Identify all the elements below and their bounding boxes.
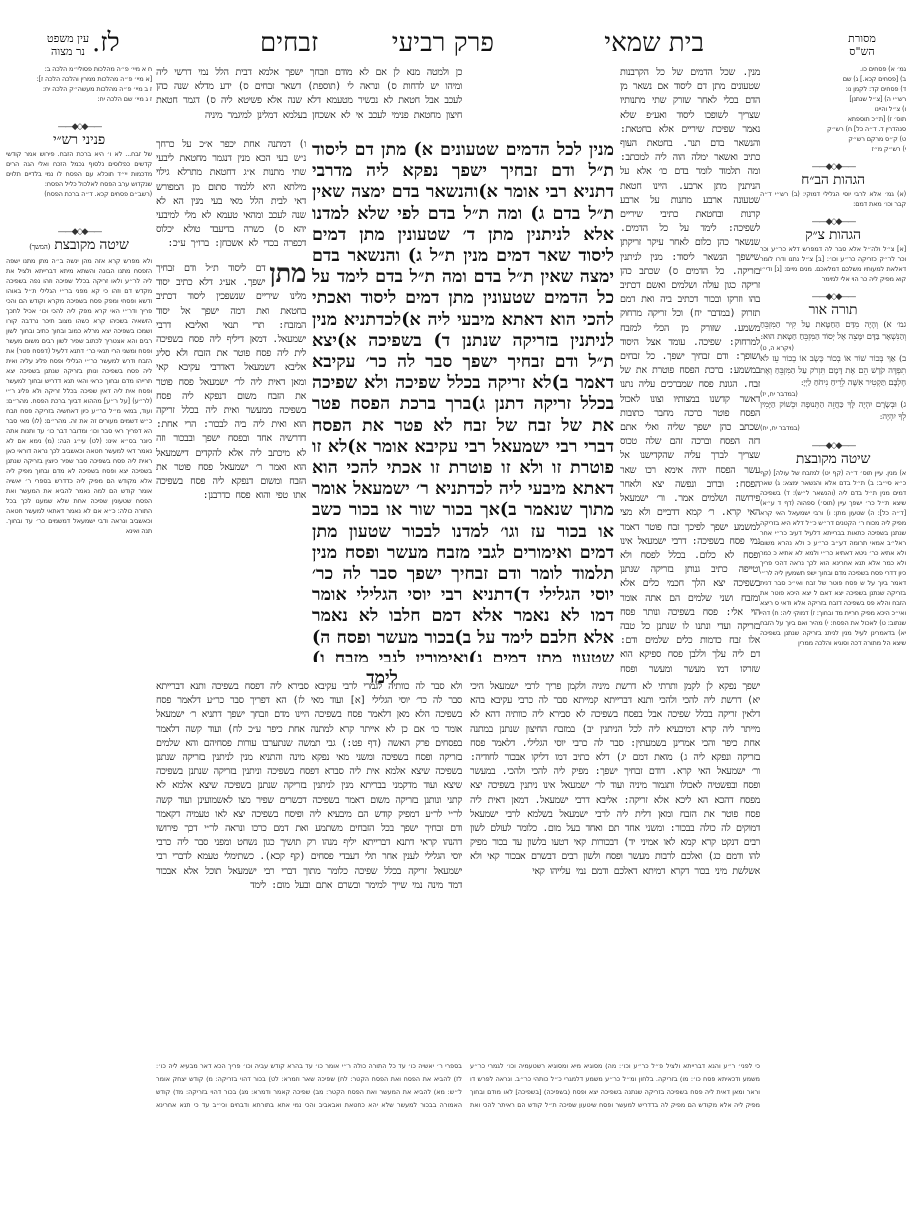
dibur-hamatchil: מתן <box>269 262 306 286</box>
talmud-page: מסורת הש"ס בית שמאי פרק רביעי זבחים לז. … <box>0 0 914 1213</box>
pnini-rashi-title: פניני רש״י <box>6 135 152 145</box>
shita-mekubetzet-text: א) מנין. עיין תוס׳ ד״ה (קף יט) למזבח של … <box>760 468 906 648</box>
torah-or-verse-3: ג) וּבְשָׂרָם יִהְיֶה לָּךְ כַּחֲזֵה הַת… <box>760 399 906 423</box>
masoret-entry: ט) ק״ס מרקם רש״ק <box>760 134 906 144</box>
masoret-entry: ו) צ״ל והיינו <box>760 104 906 114</box>
tosafot-col-a: ו) דמתנה אחת יכפר א״כ על כרחך נ״ש בעי הכ… <box>156 138 306 260</box>
tractate-name: זבחים <box>260 28 318 58</box>
pnini-rashi-ref: (רשב״ם פסחים קכא. ד״ה ברכת הפסח) <box>6 189 152 199</box>
ornament-divider-icon: ——◆◇◆—— <box>6 122 152 132</box>
tosafot-bottom: ולא סבר לה כוותיה לגמרי לרבי עקיבא סבירא… <box>156 680 462 1056</box>
hagahot-bach-text: (א) גמ׳ אלא לרבי יוסי הגלילי דמוקי: (ב) … <box>760 189 906 209</box>
footnotes-left: בספרי ר׳ יאשיה כו׳ עד כל התורה כולה ר״י … <box>156 1060 462 1108</box>
tosafot-opening: כן ולמטה מנא לן אם לא מודם וזבחך ישפך אל… <box>156 66 462 138</box>
ein-mishpat-label: עין משפט נר מצוה <box>28 32 108 58</box>
masoret-entry: רש״י ה) [צ״ל שנתנן] <box>760 94 906 104</box>
ein-mishpat-label-line1: עין משפט <box>28 32 108 45</box>
shita-left-text: ולא מפרש קרא אזה מהן ינשה ב״ה מתן מתנו י… <box>6 256 152 536</box>
ornament-divider-icon: ——◆◇◆—— <box>760 162 906 172</box>
torah-or-ref-2: (במדבר יח, יז) <box>760 389 906 399</box>
masoret-entry: ב) [פסחים קכא.] ג) שם <box>760 74 906 84</box>
rashi-bottom: ישפך נפקא לן לקמן ותרתי לא דרשת מיניה ול… <box>470 680 760 1056</box>
hagahot-tzk-title: הגהות צ״ק <box>760 230 906 240</box>
masoret-entry: ד) פסחים קד: לקמן נו: <box>760 84 906 94</box>
left-margin: ח א מיי׳ פ״ה מהלכות פסולי״מ הלכה ב: [א מ… <box>6 64 152 1114</box>
ein-mishpat-entry: ח א מיי׳ פ״ה מהלכות פסולי״מ הלכה ב: <box>6 64 152 74</box>
torah-or-ref-1: (ויקרא ה, ט) <box>760 343 906 353</box>
shita-mekubetzet-title: שיטה מקובצת <box>760 454 906 464</box>
masoret-entry: תוס׳ ז) [ת״כ תוספתא <box>760 114 906 124</box>
ein-mishpat: ח א מיי׳ פ״ה מהלכות פסולי״מ הלכה ב: [א מ… <box>6 64 152 104</box>
rashi-column: מנין. שכל הדמים של כל הקרבנות שטעונים מת… <box>620 66 760 672</box>
tosafot-col-b: מתןדם ליסוד ת״ל ודם זבחיך ישפך. אע״ג דלא… <box>156 262 306 672</box>
torah-or-title: תורה אור <box>760 305 906 315</box>
masoret-label-line2: הש"ס <box>822 45 902 58</box>
ornament-divider-icon: ——◆◇◆—— <box>760 217 906 227</box>
chapter-number: פרק רביעי <box>392 28 494 58</box>
page-header: מסורת הש"ס בית שמאי פרק רביעי זבחים לז. … <box>0 20 914 65</box>
chapter-name: בית שמאי <box>604 28 704 58</box>
masoret-label: מסורת הש"ס <box>822 32 902 58</box>
shita-left-subtitle: (המשך) <box>29 243 50 251</box>
ein-mishpat-entry: ז ג מיי׳ שם הלכה יח: <box>6 94 152 104</box>
masoret-entry: גמ׳ א) פסחים כו. <box>760 64 906 74</box>
masoret-entry: סנהדרין ד. ד״ה כל] ח) רש״ק <box>760 124 906 134</box>
ein-mishpat-entry: ז ב מיי׳ פ״ה מהלכות מעשה״ק הלכה יח: <box>6 84 152 94</box>
hagahot-tzk-text: [א] צ״ל ולה״ל אלא סבר לה דמפרש דלא כר״ע … <box>760 244 906 284</box>
ein-mishpat-label-line2: נר מצוה <box>28 45 108 58</box>
torah-or-verse-1: גמ׳ א) וְהָיָה מִדַּם הַחַטָּאת עַל קִיר… <box>760 319 906 343</box>
torah-or-verse-2: ב) אַךְ בְּכוֹר שׁוֹר אוֹ בְכוֹר כֶּשֶׂב… <box>760 353 906 389</box>
pnini-rashi-text: של זבח... לא ו׳ היא ברכת הזבח. פירוש אמר… <box>6 149 152 189</box>
shita-left-title-row: שיטה מקובצת (המשך) <box>6 240 152 252</box>
shita-left-title: שיטה מקובצת <box>54 237 128 253</box>
masoret-entry: י) רש״ק מ״ז <box>760 144 906 154</box>
masoret-hashas: גמ׳ א) פסחים כו. ב) [פסחים קכא.] ג) שם ד… <box>760 64 906 154</box>
page-bottom-margin <box>0 1110 914 1213</box>
tosafot-col-b-text: דם ליסוד ת״ל ודם זבחיך ישפך. אע״ג דלא כת… <box>156 263 306 501</box>
hagahot-bach-title: הגהות הב״ח <box>760 175 906 185</box>
ornament-divider-icon: ——◆◇◆—— <box>760 441 906 451</box>
gemara-text: מנין לכל הדמים שטעונים א) מתן דם ליסוד ת… <box>312 140 614 662</box>
footnotes-right: כי לפני׳ ר״ע והנא דברייתא ולציל פ״ל כר״ע… <box>470 1060 760 1108</box>
ein-mishpat-entry: [א מיי׳ פ״ה מהלכות ממרין והלכה הלכה ז]: <box>6 74 152 84</box>
ornament-divider-icon: ——◆◇◆—— <box>760 292 906 302</box>
masoret-label-line1: מסורת <box>822 32 902 45</box>
ornament-divider-icon: ——◆◇◆—— <box>6 227 152 237</box>
right-margin: גמ׳ א) פסחים כו. ב) [פסחים קכא.] ג) שם ד… <box>760 64 906 1114</box>
torah-or-ref-3: (במדבר יח, יח) <box>760 423 906 433</box>
